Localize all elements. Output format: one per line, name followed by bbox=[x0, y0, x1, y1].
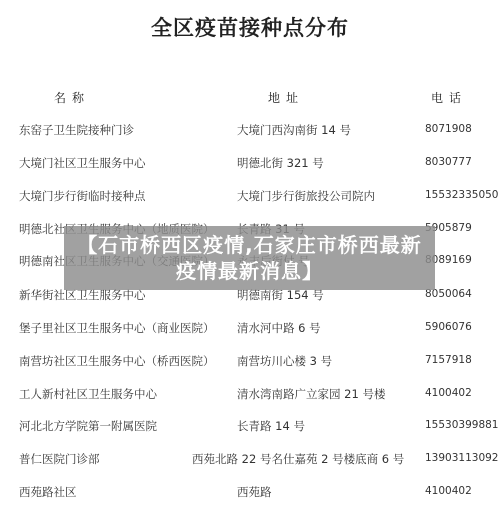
table-row: 西苑路社区 西苑路 4100402 bbox=[0, 484, 500, 504]
table-row: 河北北方学院第一附属医院 长青路 14 号 15530399881 bbox=[0, 418, 500, 438]
table-row: 东窑子卫生院接种门诊 大境门西沟南街 14 号 8071908 bbox=[0, 122, 500, 142]
cell-address: 清水河中路 6 号 bbox=[237, 320, 321, 336]
table-row: 堡子里社区卫生服务中心（商业医院） 清水河中路 6 号 5906076 bbox=[0, 320, 500, 340]
cell-address: 清水湾南路广立家园 21 号楼 bbox=[237, 386, 385, 402]
header-phone: 电话 bbox=[431, 89, 467, 106]
cell-name: 河北北方学院第一附属医院 bbox=[19, 418, 157, 434]
cell-phone: 4100402 bbox=[425, 485, 472, 497]
cell-phone: 8071908 bbox=[425, 123, 472, 135]
table-row: 新华街社区卫生服务中心 明德南街 154 号 8050064 bbox=[0, 287, 500, 307]
cell-address: 长青路 14 号 bbox=[237, 418, 305, 434]
cell-address: 大境门步行街旅投公司院内 bbox=[237, 188, 375, 204]
cell-name: 西苑路社区 bbox=[19, 484, 77, 500]
table-row: 大境门步行街临时接种点 大境门步行街旅投公司院内 15532335050 bbox=[0, 188, 500, 208]
cell-phone: 7157918 bbox=[425, 354, 472, 366]
cell-name: 大境门社区卫生服务中心 bbox=[19, 155, 146, 171]
headline-overlay: 【石市桥西区疫情,石家庄市桥西最新 疫情最新消息】 bbox=[64, 226, 435, 290]
cell-phone: 15532335050 bbox=[425, 189, 499, 201]
cell-address: 明德北街 321 号 bbox=[237, 155, 324, 171]
cell-address: 大境门西沟南街 14 号 bbox=[237, 122, 351, 138]
cell-name: 普仁医院门诊部 bbox=[19, 451, 100, 467]
cell-phone: 5906076 bbox=[425, 321, 472, 333]
cell-phone: 13903113092 bbox=[425, 452, 499, 464]
cell-name: 大境门步行街临时接种点 bbox=[19, 188, 146, 204]
table-row: 南营坊社区卫生服务中心（桥西医院） 南营坊川心楼 3 号 7157918 bbox=[0, 353, 500, 373]
cell-phone: 15530399881 bbox=[425, 419, 499, 431]
cell-address: 南营坊川心楼 3 号 bbox=[237, 353, 332, 369]
header-address: 地址 bbox=[268, 89, 304, 106]
cell-name: 东窑子卫生院接种门诊 bbox=[19, 122, 134, 138]
cell-name: 堡子里社区卫生服务中心（商业医院） bbox=[19, 320, 215, 336]
cell-phone: 4100402 bbox=[425, 387, 472, 399]
cell-address: 西苑路 bbox=[237, 484, 272, 500]
cell-name: 工人新村社区卫生服务中心 bbox=[19, 386, 157, 402]
page-title: 全区疫苗接种点分布 bbox=[0, 12, 500, 42]
overlay-line-1: 【石市桥西区疫情,石家庄市桥西最新 bbox=[77, 232, 422, 258]
cell-phone: 8030777 bbox=[425, 156, 472, 168]
cell-address: 西苑北路 22 号名仕嘉苑 2 号楼底商 6 号 bbox=[192, 451, 404, 467]
table-row: 普仁医院门诊部 西苑北路 22 号名仕嘉苑 2 号楼底商 6 号 1390311… bbox=[0, 451, 500, 471]
table-row: 工人新村社区卫生服务中心 清水湾南路广立家园 21 号楼 4100402 bbox=[0, 386, 500, 406]
table-row: 大境门社区卫生服务中心 明德北街 321 号 8030777 bbox=[0, 155, 500, 175]
overlay-line-2: 疫情最新消息】 bbox=[176, 258, 323, 284]
cell-name: 南营坊社区卫生服务中心（桥西医院） bbox=[19, 353, 215, 369]
header-name: 名称 bbox=[54, 89, 90, 106]
